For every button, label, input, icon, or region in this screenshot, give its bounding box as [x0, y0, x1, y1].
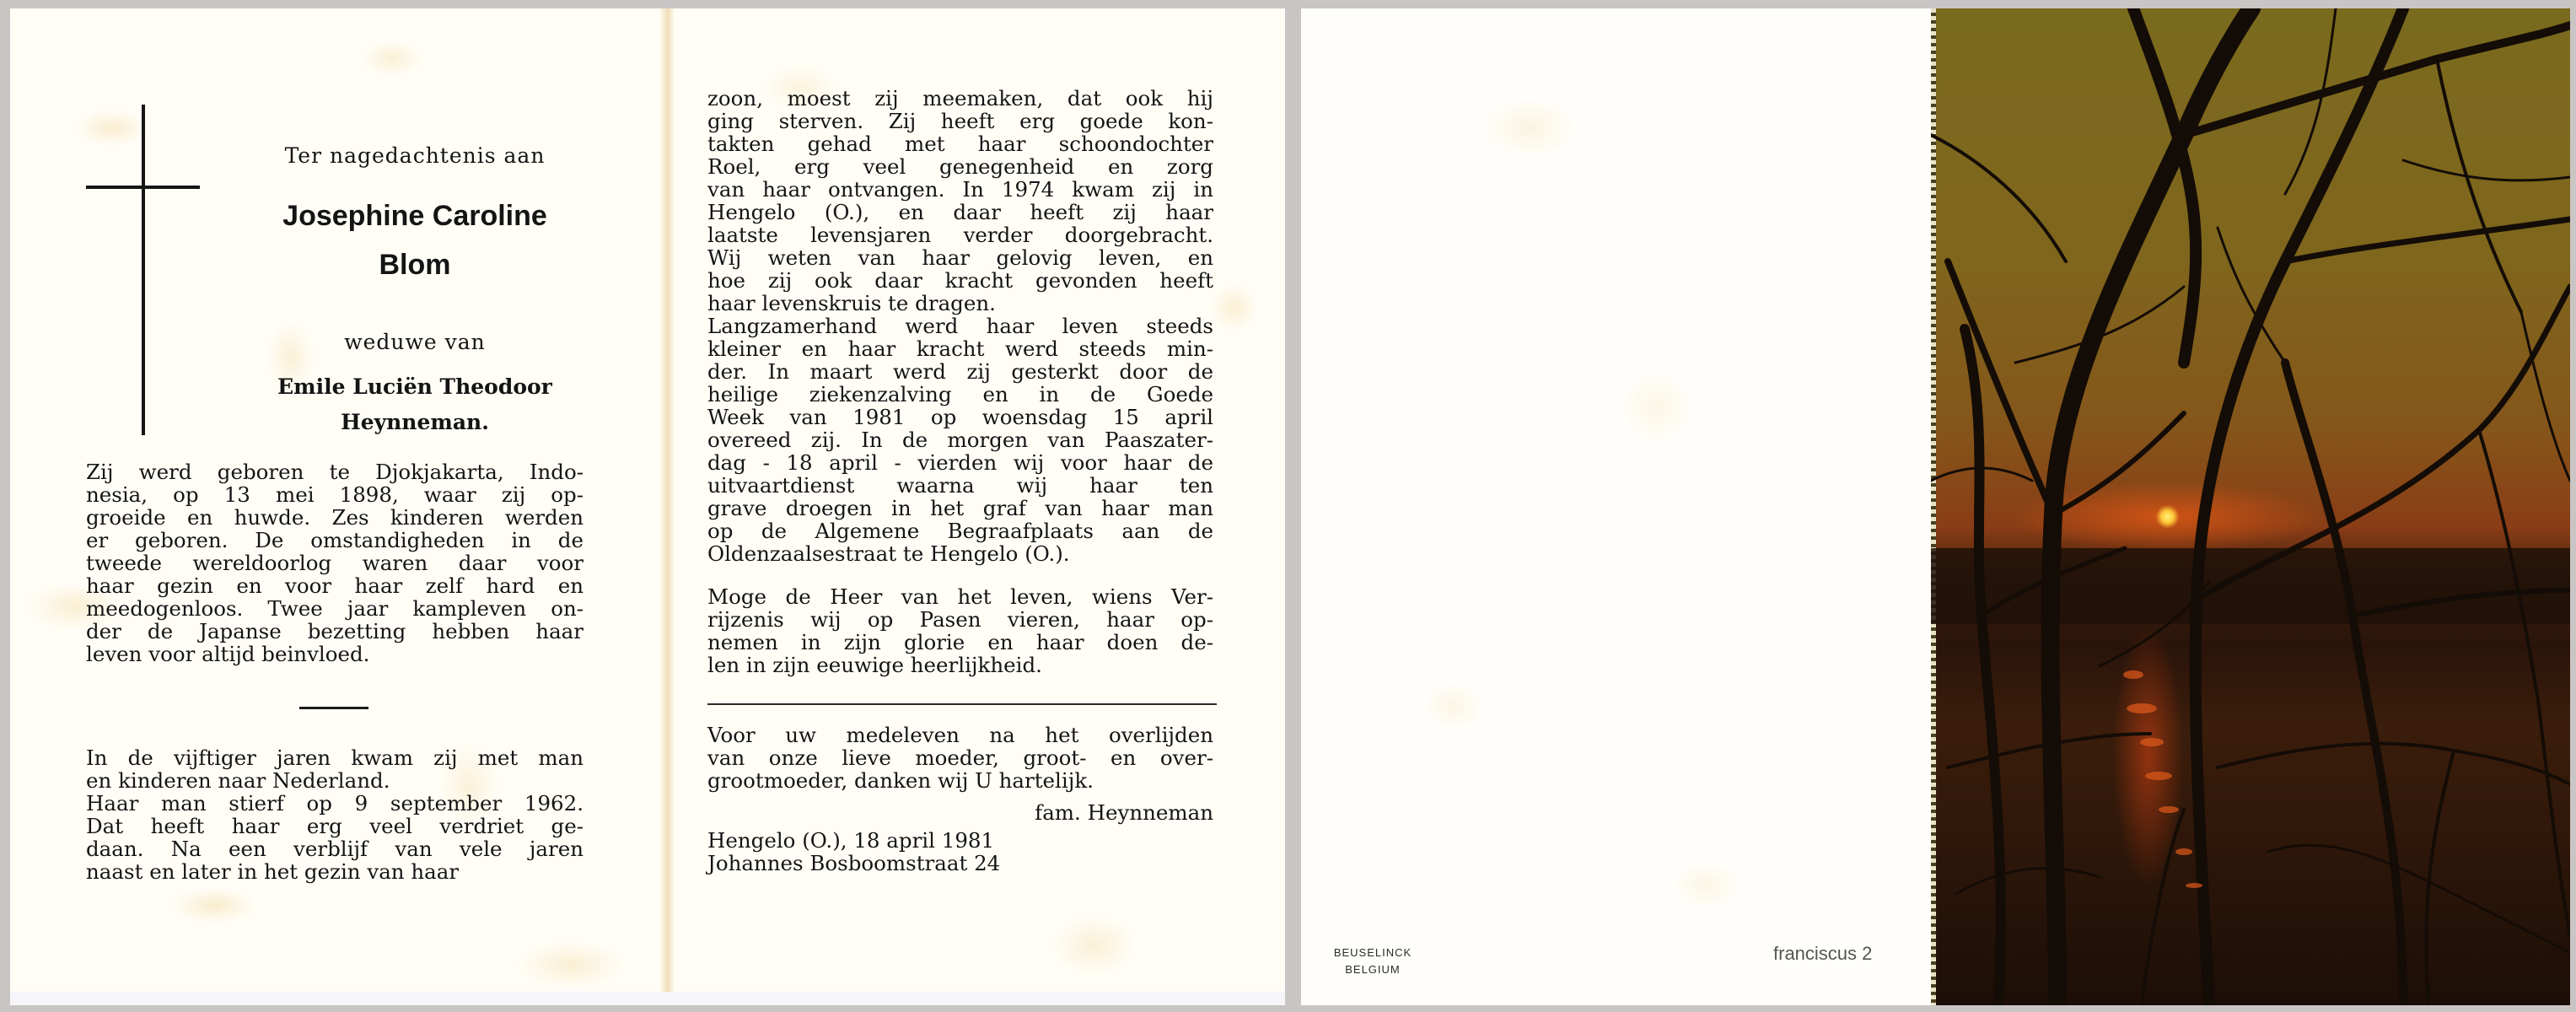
text-line: Johannes Bosboomstraat 24	[707, 852, 1053, 875]
text-line: er geboren. De omstandigheden in de	[86, 529, 583, 552]
husband-name-line2: Heynneman.	[341, 410, 489, 434]
biography-paragraph-1: Zij werd geboren te Djokjakarta, Indo-ne…	[86, 460, 583, 665]
family-signature: fam. Heynneman	[707, 800, 1213, 825]
text-line: heilige ziekenzalving en in de Goede	[707, 383, 1213, 406]
text-line: rijzenis wij op Pasen vieren, haar op-	[707, 608, 1213, 631]
text-line: tweede wereldoorlog waren daar voor	[86, 552, 583, 574]
card-fold-line	[659, 8, 675, 1005]
text-line: Langzamerhand werd haar leven steeds	[707, 315, 1213, 337]
text-line: uitvaartdienst waarna wij haar ten	[707, 474, 1213, 497]
text-line: Hengelo (O.), 18 april 1981	[707, 829, 1053, 852]
text-line: laatste levensjaren verder doorgebracht.	[707, 223, 1213, 246]
thanks-paragraph: Voor uw medeleven na het overlijdenvan o…	[707, 724, 1213, 792]
memorial-card-inside: Ter nagedachtenis aan Josephine Caroline…	[10, 8, 1285, 1005]
biography-paragraph-3: zoon, moest zij meemaken, dat ook hijgin…	[707, 87, 1213, 565]
prayer-paragraph: Moge de Heer van het leven, wiens Ver-ri…	[707, 585, 1213, 676]
text-line: overeed zij. In de morgen van Paaszater-	[707, 428, 1213, 451]
text-line: Week van 1981 op woensdag 15 april	[707, 406, 1213, 428]
text-line: Hengelo (O.), en daar heeft zij haar	[707, 201, 1213, 223]
deceased-name-line2: Blom	[379, 249, 451, 281]
husband-name: Emile Luciën Theodoor Heynneman.	[238, 369, 592, 440]
text-line: Oldenzaalsestraat te Hengelo (O.).	[707, 542, 1213, 565]
publisher-country: BELGIUM	[1326, 961, 1419, 978]
text-line: In de vijftiger jaren kwam zij met man	[86, 746, 583, 769]
text-line: Zij werd geboren te Djokjakarta, Indo-	[86, 460, 583, 483]
text-line: van haar ontvangen. In 1974 kwam zij in	[707, 178, 1213, 201]
text-line: takten gehad met haar schoondochter	[707, 132, 1213, 155]
text-line: van onze lieve moeder, groot- en over-	[707, 746, 1213, 769]
text-line: leven voor altijd beinvloed.	[86, 643, 583, 665]
text-line: op de Algemene Begraafplaats aan de	[707, 519, 1213, 542]
text-line: Wij weten van haar gelovig leven, en	[707, 246, 1213, 269]
text-line: hoe zij ook daar kracht gevonden heeft	[707, 269, 1213, 292]
text-line: dag - 18 april - vierden wij voor haar d…	[707, 451, 1213, 474]
deceased-name-line1: Josephine Caroline	[282, 200, 547, 232]
text-line: nemen in zijn glorie en haar doen de-	[707, 631, 1213, 654]
text-line: Roel, erg veel genegenheid en zorg	[707, 155, 1213, 178]
publisher-name: BEUSELINCK	[1326, 945, 1419, 961]
memorial-header: Ter nagedachtenis aan Josephine Caroline…	[238, 143, 592, 440]
series-label: franciscus 2	[1773, 943, 1872, 965]
text-line: en kinderen naar Nederland.	[86, 769, 583, 792]
text-line: meedogenloos. Twee jaar kampleven on-	[86, 597, 583, 620]
text-line: Dat heeft haar erg veel verdriet ge-	[86, 815, 583, 837]
biography-paragraph-2: In de vijftiger jaren kwam zij met manen…	[86, 746, 583, 883]
section-divider-long	[707, 703, 1217, 705]
memorial-card-outside: BEUSELINCK BELGIUM franciscus 2	[1301, 8, 2570, 1005]
text-line: daan. Na een verblijf van vele jaren	[86, 837, 583, 860]
text-line: Voor uw medeleven na het overlijden	[707, 724, 1213, 746]
widow-of-label: weduwe van	[238, 330, 592, 354]
text-line: haar levenskruis te dragen.	[707, 292, 1213, 315]
text-line: Moge de Heer van het leven, wiens Ver-	[707, 585, 1213, 608]
section-divider-short	[299, 707, 368, 709]
deceased-name: Josephine Caroline Blom	[238, 191, 592, 289]
text-line: nesia, op 13 mei 1898, waar zij op-	[86, 483, 583, 506]
text-line: Haar man stierf op 9 september 1962.	[86, 792, 583, 815]
text-line: len in zijn eeuwige heerlijkheid.	[707, 654, 1213, 676]
branch-silhouettes	[1931, 8, 2570, 1005]
text-line: kleiner en haar kracht werd steeds min-	[707, 337, 1213, 360]
publisher-imprint: BEUSELINCK BELGIUM	[1326, 945, 1419, 978]
text-line: ging sterven. Zij heeft erg goede kon-	[707, 110, 1213, 132]
text-line: der de Japanse bezetting hebben haar	[86, 620, 583, 643]
husband-name-line1: Emile Luciën Theodoor	[277, 374, 552, 399]
sunset-branches-photo	[1931, 8, 2570, 1005]
text-line: grave droegen in het graf van haar man	[707, 497, 1213, 519]
place-date-address: Hengelo (O.), 18 april 1981Johannes Bosb…	[707, 829, 1053, 875]
text-line: naast en later in het gezin van haar	[86, 860, 583, 883]
text-line: der. In maart werd zij gesterkt door de	[707, 360, 1213, 383]
in-memory-of-label: Ter nagedachtenis aan	[238, 143, 592, 168]
text-line: zoon, moest zij meemaken, dat ook hij	[707, 87, 1213, 110]
text-line: groeide en huwde. Zes kinderen werden	[86, 506, 583, 529]
text-line: grootmoeder, danken wij U hartelijk.	[707, 769, 1213, 792]
text-line: haar gezin en voor haar zelf hard en	[86, 574, 583, 597]
card-bottom-edge	[10, 992, 1285, 1005]
